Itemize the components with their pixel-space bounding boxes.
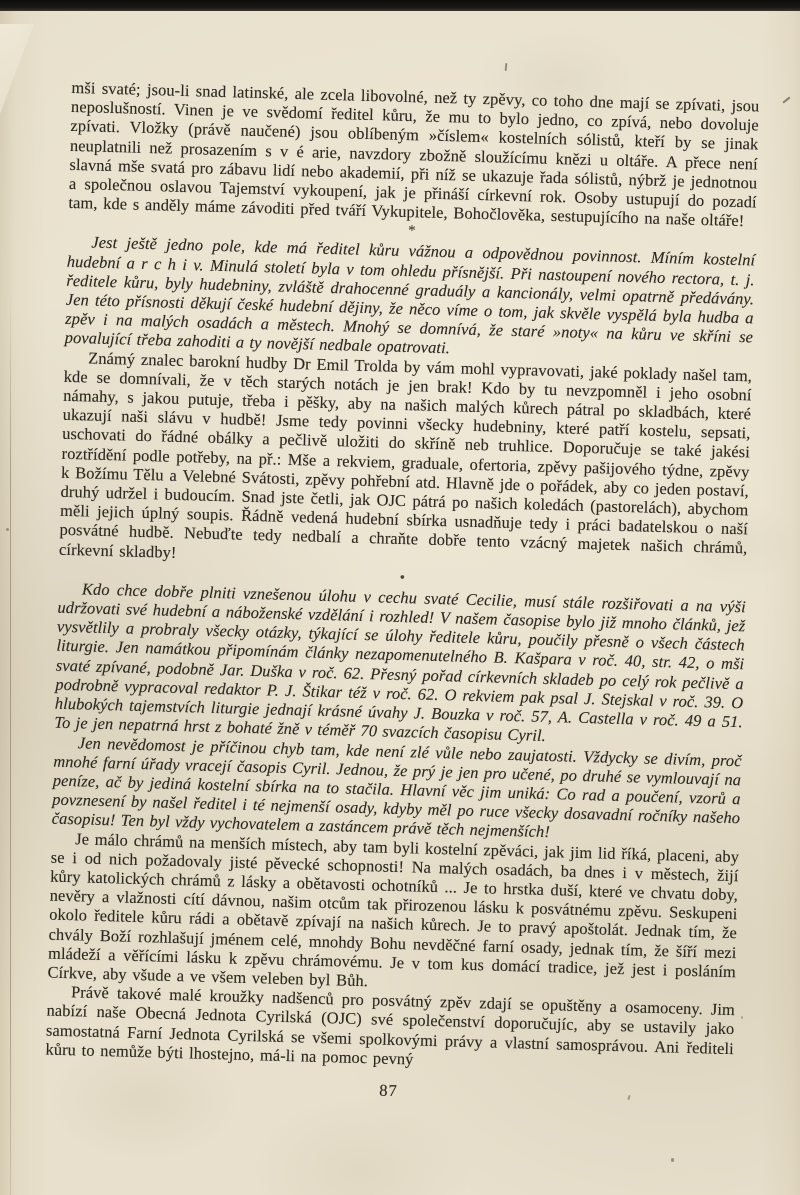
scan-speck	[671, 1158, 674, 1162]
paragraph: Jen nevědomost je příčinou chyb tam, kde…	[52, 732, 742, 847]
scanner-edge-band	[0, 0, 800, 11]
scan-speck	[782, 96, 790, 103]
page-edge-crease	[10, 291, 11, 1195]
scan-speck	[505, 63, 508, 71]
paragraph: mši svaté; jsou-li snad latinské, ale zc…	[68, 78, 759, 231]
paragraph: Jest ještě jedno pole, kde má ředitel ků…	[65, 232, 756, 366]
paragraph: Je málo chrámů na menších místech, aby t…	[47, 828, 739, 1000]
page-corner-curl	[0, 24, 34, 114]
paragraph: Známý znalec barokní hudby Dr Emil Trold…	[59, 347, 752, 577]
text-column: mši svaté; jsou-li snad latinské, ale zc…	[44, 78, 759, 1110]
scan-speck	[741, 1016, 743, 1019]
text-block: mši svaté; jsou-li snad latinské, ale zc…	[45, 78, 759, 1077]
scan-speck	[6, 528, 9, 531]
book-page: mši svaté; jsou-li snad latinské, ale zc…	[0, 11, 800, 1195]
page-number: 87	[44, 1071, 732, 1110]
paragraph: Kdo chce dobře plniti vznešenou úlohu v …	[54, 579, 746, 751]
